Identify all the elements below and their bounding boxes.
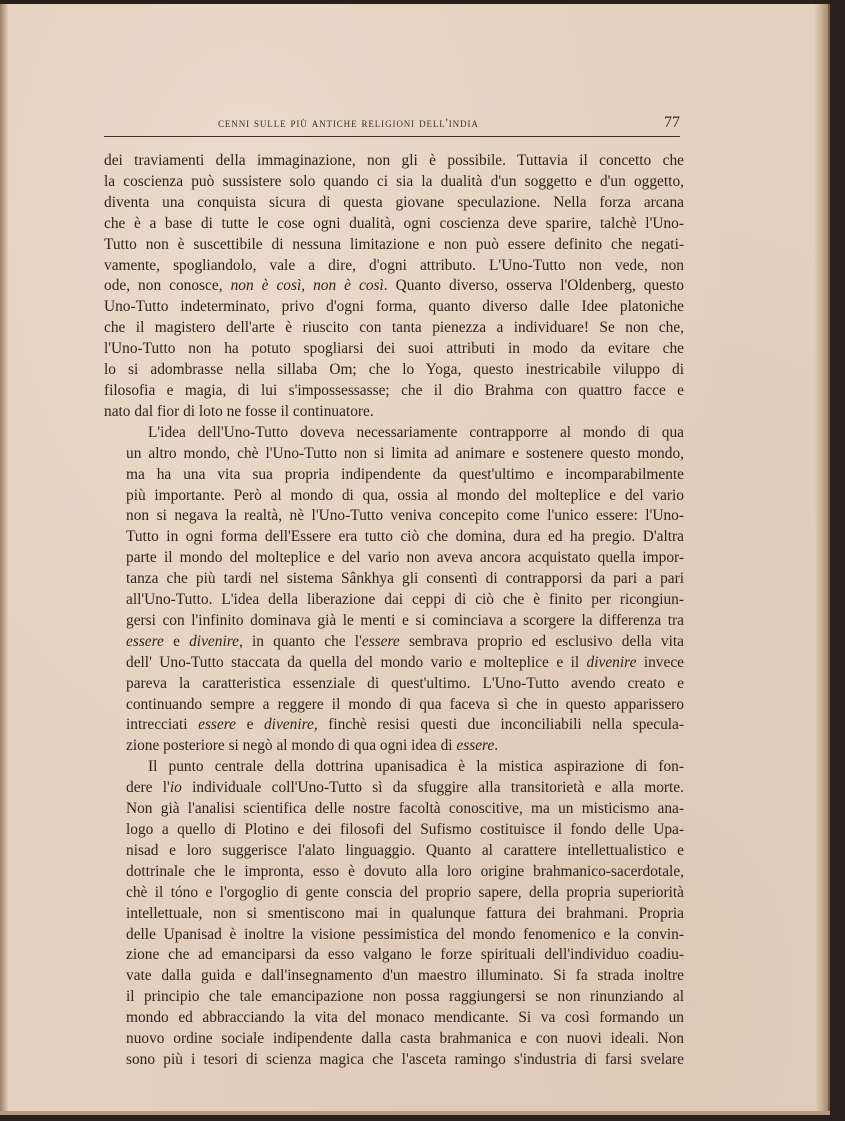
text-line: Non già l'analisi scientifica delle nost… xyxy=(104,799,684,820)
text-line: Il punto centrale della dottrina upanisa… xyxy=(104,757,684,778)
text-line: diventa una conquista sicura di questa g… xyxy=(104,193,684,214)
page-right-edge xyxy=(814,4,830,1114)
body-text: dei traviamenti della immaginazione, non… xyxy=(104,151,684,1071)
text-line: dei traviamenti della immaginazione, non… xyxy=(104,151,684,172)
text-line: l'Uno-Tutto non ha potuto spogliarsi dei… xyxy=(104,339,684,360)
text-line: il principio che tale emancipazione non … xyxy=(104,987,684,1008)
text-line: all'Uno-Tutto. L'idea della liberazione … xyxy=(104,590,684,611)
italic-text: essere xyxy=(198,716,236,733)
paragraph: L'idea dell'Uno-Tutto doveva necessariam… xyxy=(104,423,684,758)
text-line: lo si adombrasse nella sillaba Om; che l… xyxy=(104,360,684,381)
text-line: chè il tóno e l'orgoglio di gente consci… xyxy=(104,883,684,904)
text-line: delle Upanisad è inoltre la visione pess… xyxy=(104,925,684,946)
text-line: ma ha una vita sua propria indipendente … xyxy=(104,465,684,486)
text-line: dell' Uno-Tutto staccata da quella del m… xyxy=(104,653,684,674)
running-header: CENNI SULLE PIÙ ANTICHE RELIGIONI DELL'I… xyxy=(104,112,680,137)
text-line: Tutto in ogni forma dell'Essere era tutt… xyxy=(104,527,684,548)
italic-text: essere xyxy=(126,633,164,650)
text-line: ode, non conosce, non è così, non è così… xyxy=(104,276,684,297)
text-line: nuovo ordine sociale indipendente dalla … xyxy=(104,1029,684,1050)
text-line: dottrinale che le impronta, esso è dovut… xyxy=(104,862,684,883)
text-line: logo a quello di Plotino e dei filosofi … xyxy=(104,820,684,841)
text-line: Tutto non è suscettibile di nessuna limi… xyxy=(104,235,684,256)
paragraph: dei traviamenti della immaginazione, non… xyxy=(104,151,684,423)
text-line: tanza che più tardi nel sistema Sânkhya … xyxy=(104,569,684,590)
page-number: 77 xyxy=(664,114,680,132)
text-line: Uno-Tutto indeterminato, privo d'ogni fo… xyxy=(104,297,684,318)
text-line: essere e divenire, in quanto che l'esser… xyxy=(104,632,684,653)
text-line: vamente, spogliandolo, vale a dire, d'og… xyxy=(104,256,684,277)
text-line: non si negava la realtà, nè l'Uno-Tutto … xyxy=(104,506,684,527)
page-bottom-edge xyxy=(0,1111,830,1115)
text-line: nisad e loro suggerisce l'alato linguagg… xyxy=(104,841,684,862)
text-line: nato dal fior di loto ne fosse il contin… xyxy=(104,402,684,423)
text-line: vate dalla guida e dall'insegnamento d'u… xyxy=(104,966,684,987)
italic-text: io xyxy=(170,779,182,796)
text-line: zione posteriore si negò al mondo di qua… xyxy=(104,736,684,757)
italic-text: essere xyxy=(362,633,400,650)
text-line: pareva la caratteristica essenziale di q… xyxy=(104,674,684,695)
text-line: intrecciati essere e divenire, finchè re… xyxy=(104,715,684,736)
italic-text: divenire xyxy=(264,716,314,733)
text-line: intellettuale, non si smentiscono mai in… xyxy=(104,904,684,925)
text-line: la coscienza può sussistere solo quando … xyxy=(104,172,684,193)
text-line: continuando sempre a reggere il mondo di… xyxy=(104,695,684,716)
text-line: gersi con l'infinito dominava già le men… xyxy=(104,611,684,632)
text-line: parte il mondo del molteplice e del vari… xyxy=(104,548,684,569)
italic-text: divenire xyxy=(189,633,239,650)
italic-text: divenire xyxy=(587,654,637,671)
text-line: filosofia e magia, di lui s'impossessass… xyxy=(104,381,684,402)
text-line: che è a base di tutte le cose ogni duali… xyxy=(104,214,684,235)
italic-text: essere xyxy=(456,737,494,754)
text-line: zione che ad emanciparsi da esso valgano… xyxy=(104,945,684,966)
text-line: dere l'io individuale coll'Uno-Tutto sì … xyxy=(104,778,684,799)
text-line: mondo ed abbracciando la vita del monaco… xyxy=(104,1008,684,1029)
page-binding-edge xyxy=(0,4,8,1114)
text-line: sono più i tesori di scienza magica che … xyxy=(104,1050,684,1071)
text-line: L'idea dell'Uno-Tutto doveva necessariam… xyxy=(104,423,684,444)
running-title: CENNI SULLE PIÙ ANTICHE RELIGIONI DELL'I… xyxy=(218,116,479,131)
italic-text: non è così, non è così xyxy=(231,277,384,294)
paragraph: Il punto centrale della dottrina upanisa… xyxy=(104,757,684,1071)
text-line: un altro mondo, chè l'Uno-Tutto non si l… xyxy=(104,444,684,465)
text-line: più importante. Però al mondo di qua, os… xyxy=(104,486,684,507)
text-line: che il magistero dell'arte è riuscito co… xyxy=(104,318,684,339)
